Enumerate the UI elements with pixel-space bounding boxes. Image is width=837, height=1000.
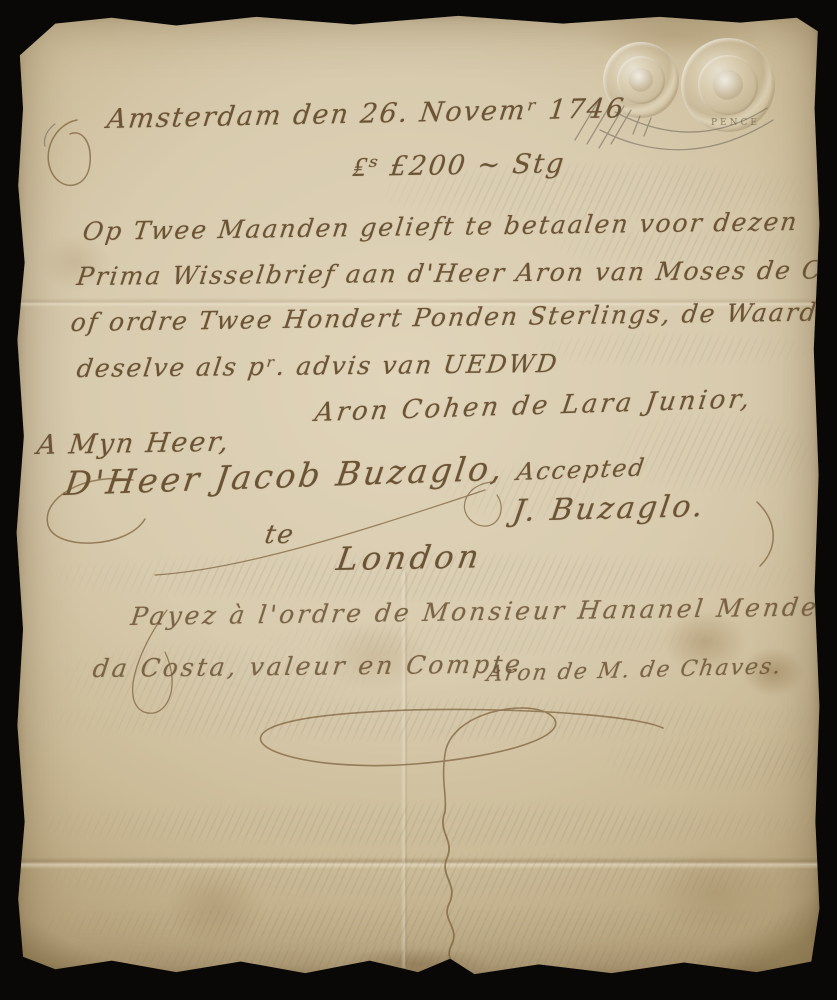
dateline-text: Amsterdam den 26. Novemʳ 1746 bbox=[105, 93, 627, 135]
drawer-signature: Aron Cohen de Lara Junior, bbox=[313, 384, 755, 428]
bleedthrough-patch bbox=[45, 802, 815, 847]
bleedthrough-patch bbox=[535, 332, 805, 367]
endorsement-signature: Aron de M. de Chaves. bbox=[485, 654, 784, 687]
endorsement-line-2: da Costa, valeur en Compte bbox=[91, 649, 525, 683]
bill-of-exchange-document: PENCE bbox=[15, 12, 821, 976]
bleedthrough-patch bbox=[55, 697, 815, 742]
address-te: te bbox=[262, 520, 297, 550]
bleedthrough-patch bbox=[45, 852, 815, 902]
stamp-rosette bbox=[629, 68, 653, 92]
fold-crease-vertical bbox=[401, 572, 408, 968]
body-line-2: Prima Wisselbrief aan d'Heer Aron van Mo… bbox=[75, 255, 837, 291]
bleedthrough-patch bbox=[615, 412, 815, 492]
body-line-4: deselve als pʳ. advis van UEDWD bbox=[75, 349, 560, 383]
acceptance-label: Accepted bbox=[515, 453, 648, 486]
photograph-background: PENCE bbox=[0, 0, 837, 1000]
bleedthrough-patch bbox=[75, 942, 795, 972]
endorsement-line-1: Payez à l'ordre de Monsieur Hananel Mend… bbox=[129, 592, 836, 631]
stamp-caption-text: PENCE bbox=[711, 118, 760, 128]
body-line-1: Op Twee Maanden gelieft te betaalen voor… bbox=[81, 207, 800, 246]
amount-text: ₤ˢ £200 ∼ Stg bbox=[351, 148, 567, 183]
body-line-3: of ordre Twee Hondert Ponden Sterlings, … bbox=[69, 296, 837, 337]
stamp-rosette bbox=[713, 70, 743, 100]
address-salutation: A Myn Heer, bbox=[35, 427, 232, 461]
bleedthrough-patch bbox=[45, 902, 815, 947]
address-city: London bbox=[334, 537, 485, 578]
fold-crease-lower bbox=[15, 857, 821, 869]
acceptance-signature: J. Buzaglo. bbox=[510, 489, 708, 529]
bleedthrough-patch bbox=[605, 732, 835, 792]
